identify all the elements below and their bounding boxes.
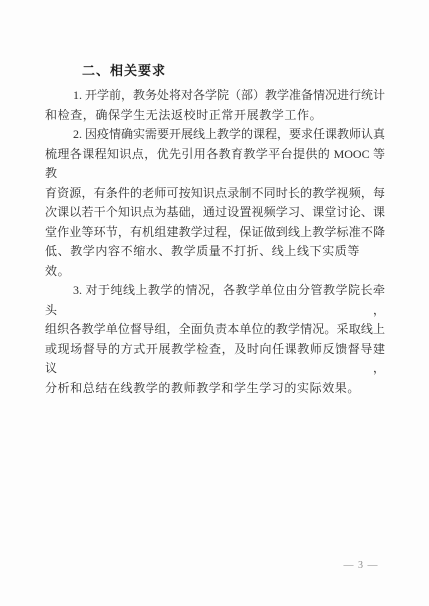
body-text-line: 低、教学内容不缩水、教学质量不打折、线上线下实质等效。 [45,242,385,281]
body-text-line: 组织各教学单位督导组，全面负责本单位的教学情况。采取线上 [45,320,385,340]
body-text-line: 堂作业等环节，有机组建教学过程，保证做到线上教学标准不降 [45,223,385,243]
body-text-line: 3. 对于纯线上教学的情况，各教学单位由分管教学院长牵头， [45,281,385,320]
body-text-line: 2. 因疫情确实需要开展线上教学的课程，要求任课教师认真 [45,125,385,145]
paragraph-lines: 1. 开学前，教务处将对各学院（部）教学准备情况进行统计和检查，确保学生无法返校… [45,86,385,398]
body-text-line: 1. 开学前，教务处将对各学院（部）教学准备情况进行统计 [45,86,385,106]
section-heading: 二、相关要求 [45,61,385,81]
body-text-line: 分析和总结在线教学的教师教学和学生学习的实际效果。 [45,379,385,399]
page-number: — 3 — [341,560,381,571]
body-text-line: 梳理各课程知识点，优先引用各教育教学平台提供的 MOOC 等教 [45,145,385,184]
body-text-line: 育资源，有条件的老师可按知识点录制不同时长的教学视频，每 [45,184,385,204]
body-text-line: 和检查，确保学生无法返校时正常开展教学工作。 [45,106,385,126]
body-text-line: 或现场督导的方式开展教学检查，及时向任课教师反馈督导建议， [45,340,385,379]
document-page: 二、相关要求 1. 开学前，教务处将对各学院（部）教学准备情况进行统计和检查，确… [0,0,429,606]
body-text-line: 次课以若干个知识点为基础，通过设置视频学习、课堂讨论、课 [45,203,385,223]
document-body: 二、相关要求 1. 开学前，教务处将对各学院（部）教学准备情况进行统计和检查，确… [45,61,385,398]
